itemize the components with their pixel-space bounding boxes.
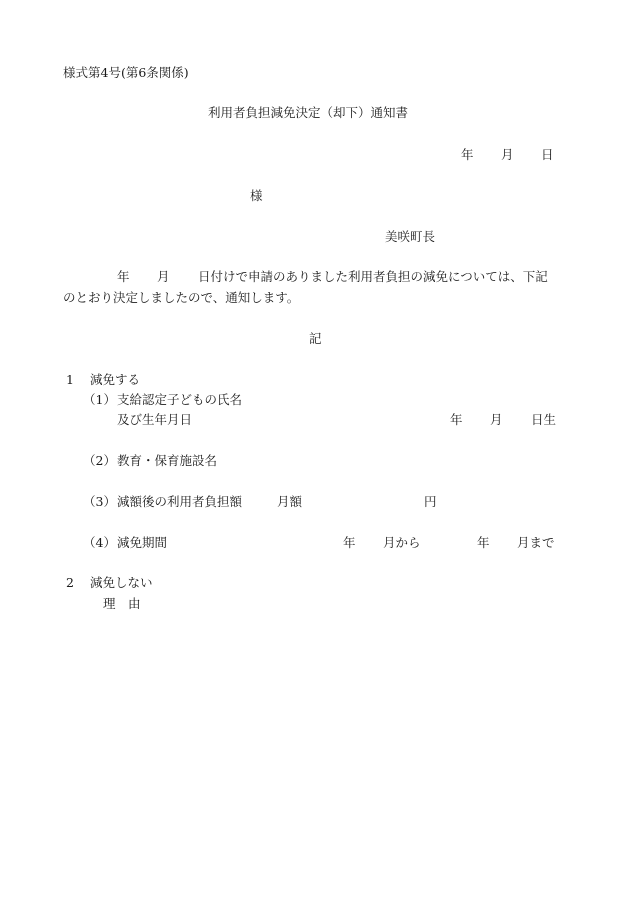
issuer: 美咲町長	[385, 231, 435, 244]
item1-label: 支給認定子どもの氏名	[117, 394, 242, 407]
item4-label: 減免期間	[117, 537, 167, 550]
date-month-label: 月	[501, 149, 514, 162]
item4-from-month: 月から	[383, 537, 421, 550]
body-year-label: 年	[117, 271, 130, 284]
item4-to-year: 年	[477, 537, 490, 550]
recipient-suffix: 様	[250, 190, 263, 203]
item1-year-label: 年	[450, 414, 463, 427]
body-month-label: 月	[157, 271, 170, 284]
item4-to-month: 月まで	[517, 537, 555, 550]
item2-label: 教育・保育施設名	[117, 455, 217, 468]
item4-from-year: 年	[343, 537, 356, 550]
item3-monthly-label: 月額	[277, 496, 302, 509]
body-line1: 日付けで申請のありました利用者負担の減免については、下記	[198, 271, 548, 284]
section2-reason-label: 理 由	[103, 598, 141, 611]
item2-number: （2）	[83, 455, 116, 468]
item3-yen-label: 円	[424, 496, 437, 509]
body-line2: のとおり決定しましたので、通知します。	[63, 292, 299, 305]
item1-label2: 及び生年月日	[117, 414, 192, 427]
item1-month-label: 月	[490, 414, 503, 427]
form-number: 様式第4号(第6条関係)	[63, 67, 189, 80]
date-day-label: 日	[541, 149, 554, 162]
item4-number: （4）	[83, 537, 116, 550]
item3-number: （3）	[83, 496, 116, 509]
document-title: 利用者負担減免決定（却下）通知書	[208, 107, 408, 120]
section2-number: 2	[66, 577, 74, 590]
item1-birth-label: 日生	[531, 414, 556, 427]
section1-label: 減免する	[90, 374, 140, 387]
ki-heading: 記	[309, 333, 322, 346]
section1-number: 1	[66, 374, 74, 387]
item1-number: （1）	[83, 394, 116, 407]
date-year-label: 年	[461, 149, 474, 162]
item3-label: 減額後の利用者負担額	[117, 496, 242, 509]
section2-label: 減免しない	[90, 577, 153, 590]
